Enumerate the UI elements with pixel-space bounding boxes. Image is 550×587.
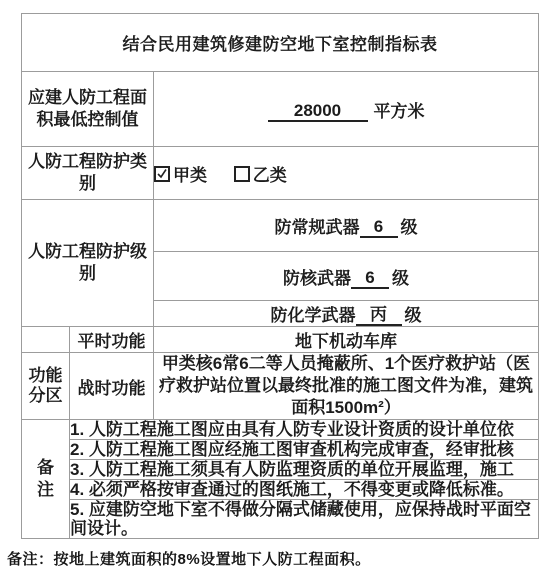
remarks-label-cell: 备注 bbox=[22, 420, 70, 539]
protection-class-value-cell: 甲类 乙类 bbox=[154, 147, 539, 200]
option-yi-label: 乙类 bbox=[253, 166, 287, 185]
empty-cell bbox=[22, 327, 70, 353]
wartime-function-value: 甲类核6常6二等人员掩蔽所、1个医疗救护站（医疗救护站位置以最终批准的施工图文件… bbox=[154, 353, 539, 420]
remark-item-5: 5. 应建防空地下室不得做分隔式储藏使用，应保持战时平面空间设计。 bbox=[70, 500, 539, 539]
chemical-weapon-level-cell: 防化学武器丙级 bbox=[154, 301, 539, 327]
nuclear-weapon-name: 防核武器 bbox=[283, 269, 351, 288]
table-title: 结合民用建筑修建防空地下室控制指标表 bbox=[22, 14, 539, 72]
peacetime-function-value: 地下机动车库 bbox=[154, 327, 539, 353]
min-area-value-cell: 28000平方米 bbox=[154, 72, 539, 147]
protection-level-label: 人防工程防护级别 bbox=[28, 241, 148, 285]
option-jia-label: 甲类 bbox=[173, 166, 207, 185]
nuclear-weapon-level: 6 bbox=[351, 268, 389, 289]
protection-class-option-jia[interactable]: 甲类 bbox=[154, 161, 207, 186]
min-area-label: 应建人防工程面积最低控制值 bbox=[28, 87, 148, 131]
chemical-weapon-unit: 级 bbox=[405, 306, 422, 325]
remark-item-3: 3. 人防工程施工须具有人防监理资质的单位开展监理，施工 bbox=[70, 460, 539, 480]
remarks-label: 备注 bbox=[37, 457, 55, 501]
conventional-weapon-name: 防常规武器 bbox=[275, 218, 360, 237]
function-zone-label-cell: 功能分区 bbox=[22, 353, 70, 420]
peacetime-function-label: 平时功能 bbox=[70, 327, 154, 353]
protection-class-label: 人防工程防护类别 bbox=[28, 151, 148, 195]
nuclear-weapon-unit: 级 bbox=[392, 269, 409, 288]
civil-defense-control-index-table: 结合民用建筑修建防空地下室控制指标表 应建人防工程面积最低控制值 28000平方… bbox=[21, 13, 539, 539]
conventional-weapon-level: 6 bbox=[360, 217, 398, 238]
conventional-weapon-unit: 级 bbox=[401, 218, 418, 237]
protection-class-label-cell: 人防工程防护类别 bbox=[22, 147, 154, 200]
checked-checkbox-icon[interactable] bbox=[154, 166, 170, 182]
protection-class-option-yi[interactable]: 乙类 bbox=[234, 161, 287, 186]
remark-item-4: 4. 必须严格按审查通过的图纸施工，不得变更或降低标准。 bbox=[70, 480, 539, 500]
nuclear-weapon-level-cell: 防核武器6级 bbox=[154, 252, 539, 301]
min-area-value: 28000 bbox=[268, 101, 368, 122]
wartime-function-label: 战时功能 bbox=[70, 353, 154, 420]
remark-item-2: 2. 人防工程施工图应经施工图审查机构完成审查，经审批核 bbox=[70, 440, 539, 460]
remark-item-1: 1. 人防工程施工图应由具有人防专业设计资质的设计单位依 bbox=[70, 420, 539, 440]
protection-level-label-cell: 人防工程防护级别 bbox=[22, 200, 154, 327]
conventional-weapon-level-cell: 防常规武器6级 bbox=[154, 200, 539, 252]
document-page: 结合民用建筑修建防空地下室控制指标表 应建人防工程面积最低控制值 28000平方… bbox=[0, 0, 550, 587]
unchecked-checkbox-icon[interactable] bbox=[234, 166, 250, 182]
chemical-weapon-name: 防化学武器 bbox=[271, 306, 356, 325]
min-area-label-cell: 应建人防工程面积最低控制值 bbox=[22, 72, 154, 147]
chemical-weapon-level: 丙 bbox=[356, 305, 402, 326]
footer-note: 备注：按地上建筑面积的8%设置地下人防工程面积。 bbox=[7, 548, 371, 569]
function-zone-label: 功能分区 bbox=[28, 366, 64, 406]
min-area-unit: 平方米 bbox=[374, 102, 425, 121]
